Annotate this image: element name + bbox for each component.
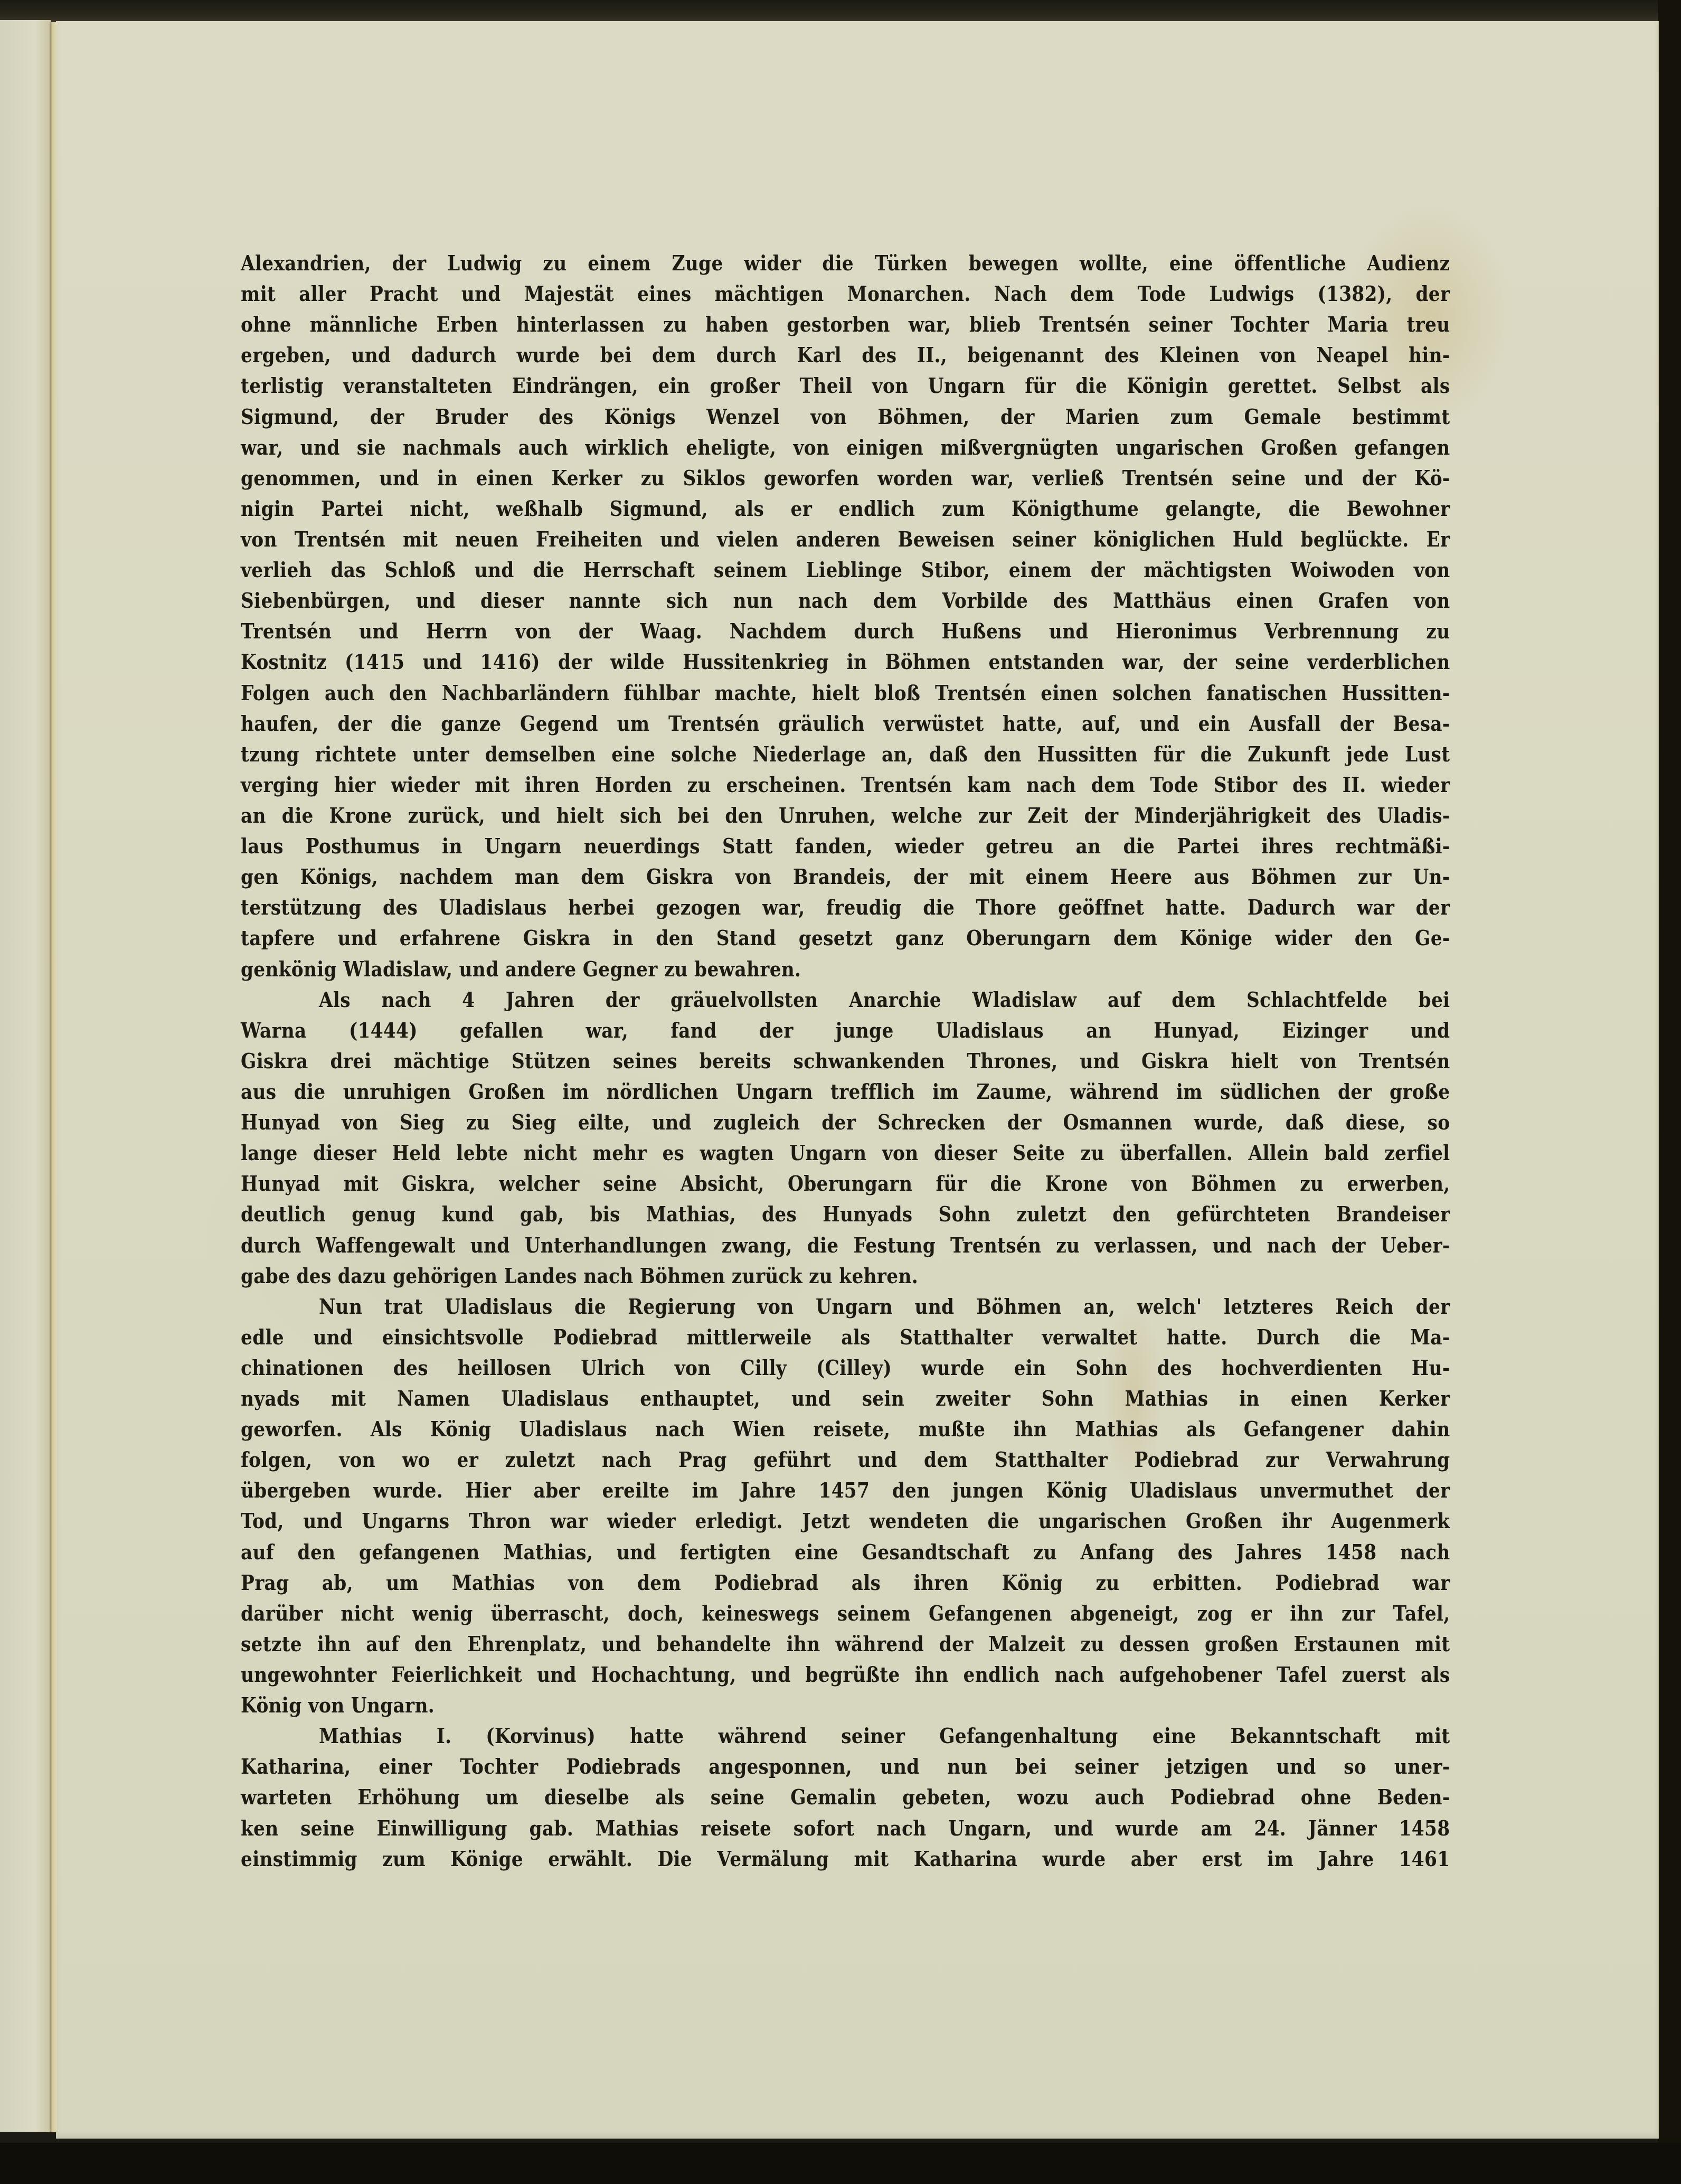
- text-line: durch Waffengewalt und Unterhandlungen z…: [241, 1230, 1450, 1261]
- text-line: ungewohnter Feierlichkeit und Hochachtun…: [241, 1660, 1450, 1690]
- text-line: Siebenbürgen, und dieser nannte sich nun…: [241, 586, 1450, 616]
- text-line: Giskra drei mächtige Stützen seines bere…: [241, 1046, 1450, 1077]
- text-line: ohne männliche Erben hinterlassen zu hab…: [241, 309, 1450, 340]
- text-line: Alexandrien, der Ludwig zu einem Zuge wi…: [241, 248, 1450, 279]
- text-line: mit aller Pracht und Majestät eines mäch…: [241, 279, 1450, 309]
- text-line: geworfen. Als König Uladislaus nach Wien…: [241, 1414, 1450, 1445]
- text-line: lange dieser Held lebte nicht mehr es wa…: [241, 1138, 1450, 1169]
- text-line-paragraph-start: Als nach 4 Jahren der gräuelvollsten Ana…: [241, 985, 1450, 1015]
- text-line: tzung richtete unter demselben eine solc…: [241, 739, 1450, 770]
- text-line: ken seine Einwilligung gab. Mathias reis…: [241, 1813, 1450, 1844]
- text-line: von Trentsén mit neuen Freiheiten und vi…: [241, 524, 1450, 555]
- text-line: übergeben wurde. Hier aber ereilte im Ja…: [241, 1475, 1450, 1506]
- text-line: Trentsén und Herrn von der Waag. Nachdem…: [241, 616, 1450, 647]
- text-line: Tod, und Ungarns Thron war wieder erledi…: [241, 1506, 1450, 1537]
- text-line: laus Posthumus in Ungarn neuerdings Stat…: [241, 831, 1450, 862]
- gutter-crease: [50, 22, 57, 2132]
- text-line: gen Königs, nachdem man dem Giskra von B…: [241, 862, 1450, 892]
- text-line-paragraph-start: Nun trat Uladislaus die Regierung von Un…: [241, 1292, 1450, 1322]
- text-line-paragraph-start: Mathias I. (Korvinus) hatte während sein…: [241, 1721, 1450, 1752]
- text-line: haufen, der die ganze Gegend um Trentsén…: [241, 709, 1450, 739]
- text-line: Sigmund, der Bruder des Königs Wenzel vo…: [241, 402, 1450, 432]
- text-line: verging hier wieder mit ihren Horden zu …: [241, 770, 1450, 801]
- text-line: deutlich genug kund gab, bis Mathias, de…: [241, 1199, 1450, 1230]
- facing-page-sliver: [0, 20, 51, 2132]
- text-line: verlieh das Schloß und die Herrschaft se…: [241, 555, 1450, 586]
- book-cover-top-edge: [0, 0, 1681, 22]
- text-line: Folgen auch den Nachbarländern fühlbar m…: [241, 678, 1450, 709]
- text-line: chinationen des heillosen Ulrich von Cil…: [241, 1353, 1450, 1383]
- text-line: Hunyad mit Giskra, welcher seine Absicht…: [241, 1169, 1450, 1199]
- book-page: Alexandrien, der Ludwig zu einem Zuge wi…: [56, 21, 1659, 2139]
- text-line: aus die unruhigen Großen im nördlichen U…: [241, 1077, 1450, 1107]
- text-line: warteten Erhöhung um dieselbe als seine …: [241, 1782, 1450, 1813]
- book-cover-bottom-edge: [0, 2143, 1681, 2184]
- text-line-paragraph-end: gabe des dazu gehörigen Landes nach Böhm…: [241, 1261, 1450, 1292]
- text-line-paragraph-end: König von Ungarn.: [241, 1690, 1450, 1721]
- text-line: Warna (1444) gefallen war, fand der jung…: [241, 1015, 1450, 1046]
- text-line: darüber nicht wenig überrascht, doch, ke…: [241, 1598, 1450, 1629]
- text-line: terstützung des Uladislaus herbei gezoge…: [241, 892, 1450, 923]
- text-line: Katharina, einer Tochter Podiebrads ange…: [241, 1752, 1450, 1782]
- text-line: terlistig veranstalteten Eindrängen, ein…: [241, 371, 1450, 401]
- text-line: ergeben, und dadurch wurde bei dem durch…: [241, 340, 1450, 371]
- text-line: nigin Partei nicht, weßhalb Sigmund, als…: [241, 494, 1450, 524]
- text-line: Prag ab, um Mathias von dem Podiebrad al…: [241, 1568, 1450, 1598]
- text-line: nyads mit Namen Uladislaus enthauptet, u…: [241, 1383, 1450, 1414]
- text-line: war, und sie nachmals auch wirklich ehel…: [241, 432, 1450, 463]
- book-cover-right-edge: [1658, 0, 1681, 2184]
- text-line: setzte ihn auf den Ehrenplatz, und behan…: [241, 1629, 1450, 1660]
- text-line-paragraph-end: genkönig Wladislaw, und andere Gegner zu…: [241, 954, 1450, 985]
- body-text: Alexandrien, der Ludwig zu einem Zuge wi…: [241, 248, 1450, 1875]
- text-line: auf den gefangenen Mathias, und fertigte…: [241, 1537, 1450, 1568]
- text-line: Hunyad von Sieg zu Sieg eilte, und zugle…: [241, 1107, 1450, 1138]
- text-line: einstimmig zum Könige erwählt. Die Vermä…: [241, 1844, 1450, 1875]
- text-line: genommen, und in einen Kerker zu Siklos …: [241, 463, 1450, 494]
- text-line: tapfere und erfahrene Giskra in den Stan…: [241, 923, 1450, 954]
- text-line: an die Krone zurück, und hielt sich bei …: [241, 801, 1450, 831]
- text-line: edle und einsichtsvolle Podiebrad mittle…: [241, 1322, 1450, 1353]
- text-line: folgen, von wo er zuletzt nach Prag gefü…: [241, 1445, 1450, 1475]
- text-line: Kostnitz (1415 und 1416) der wilde Hussi…: [241, 647, 1450, 677]
